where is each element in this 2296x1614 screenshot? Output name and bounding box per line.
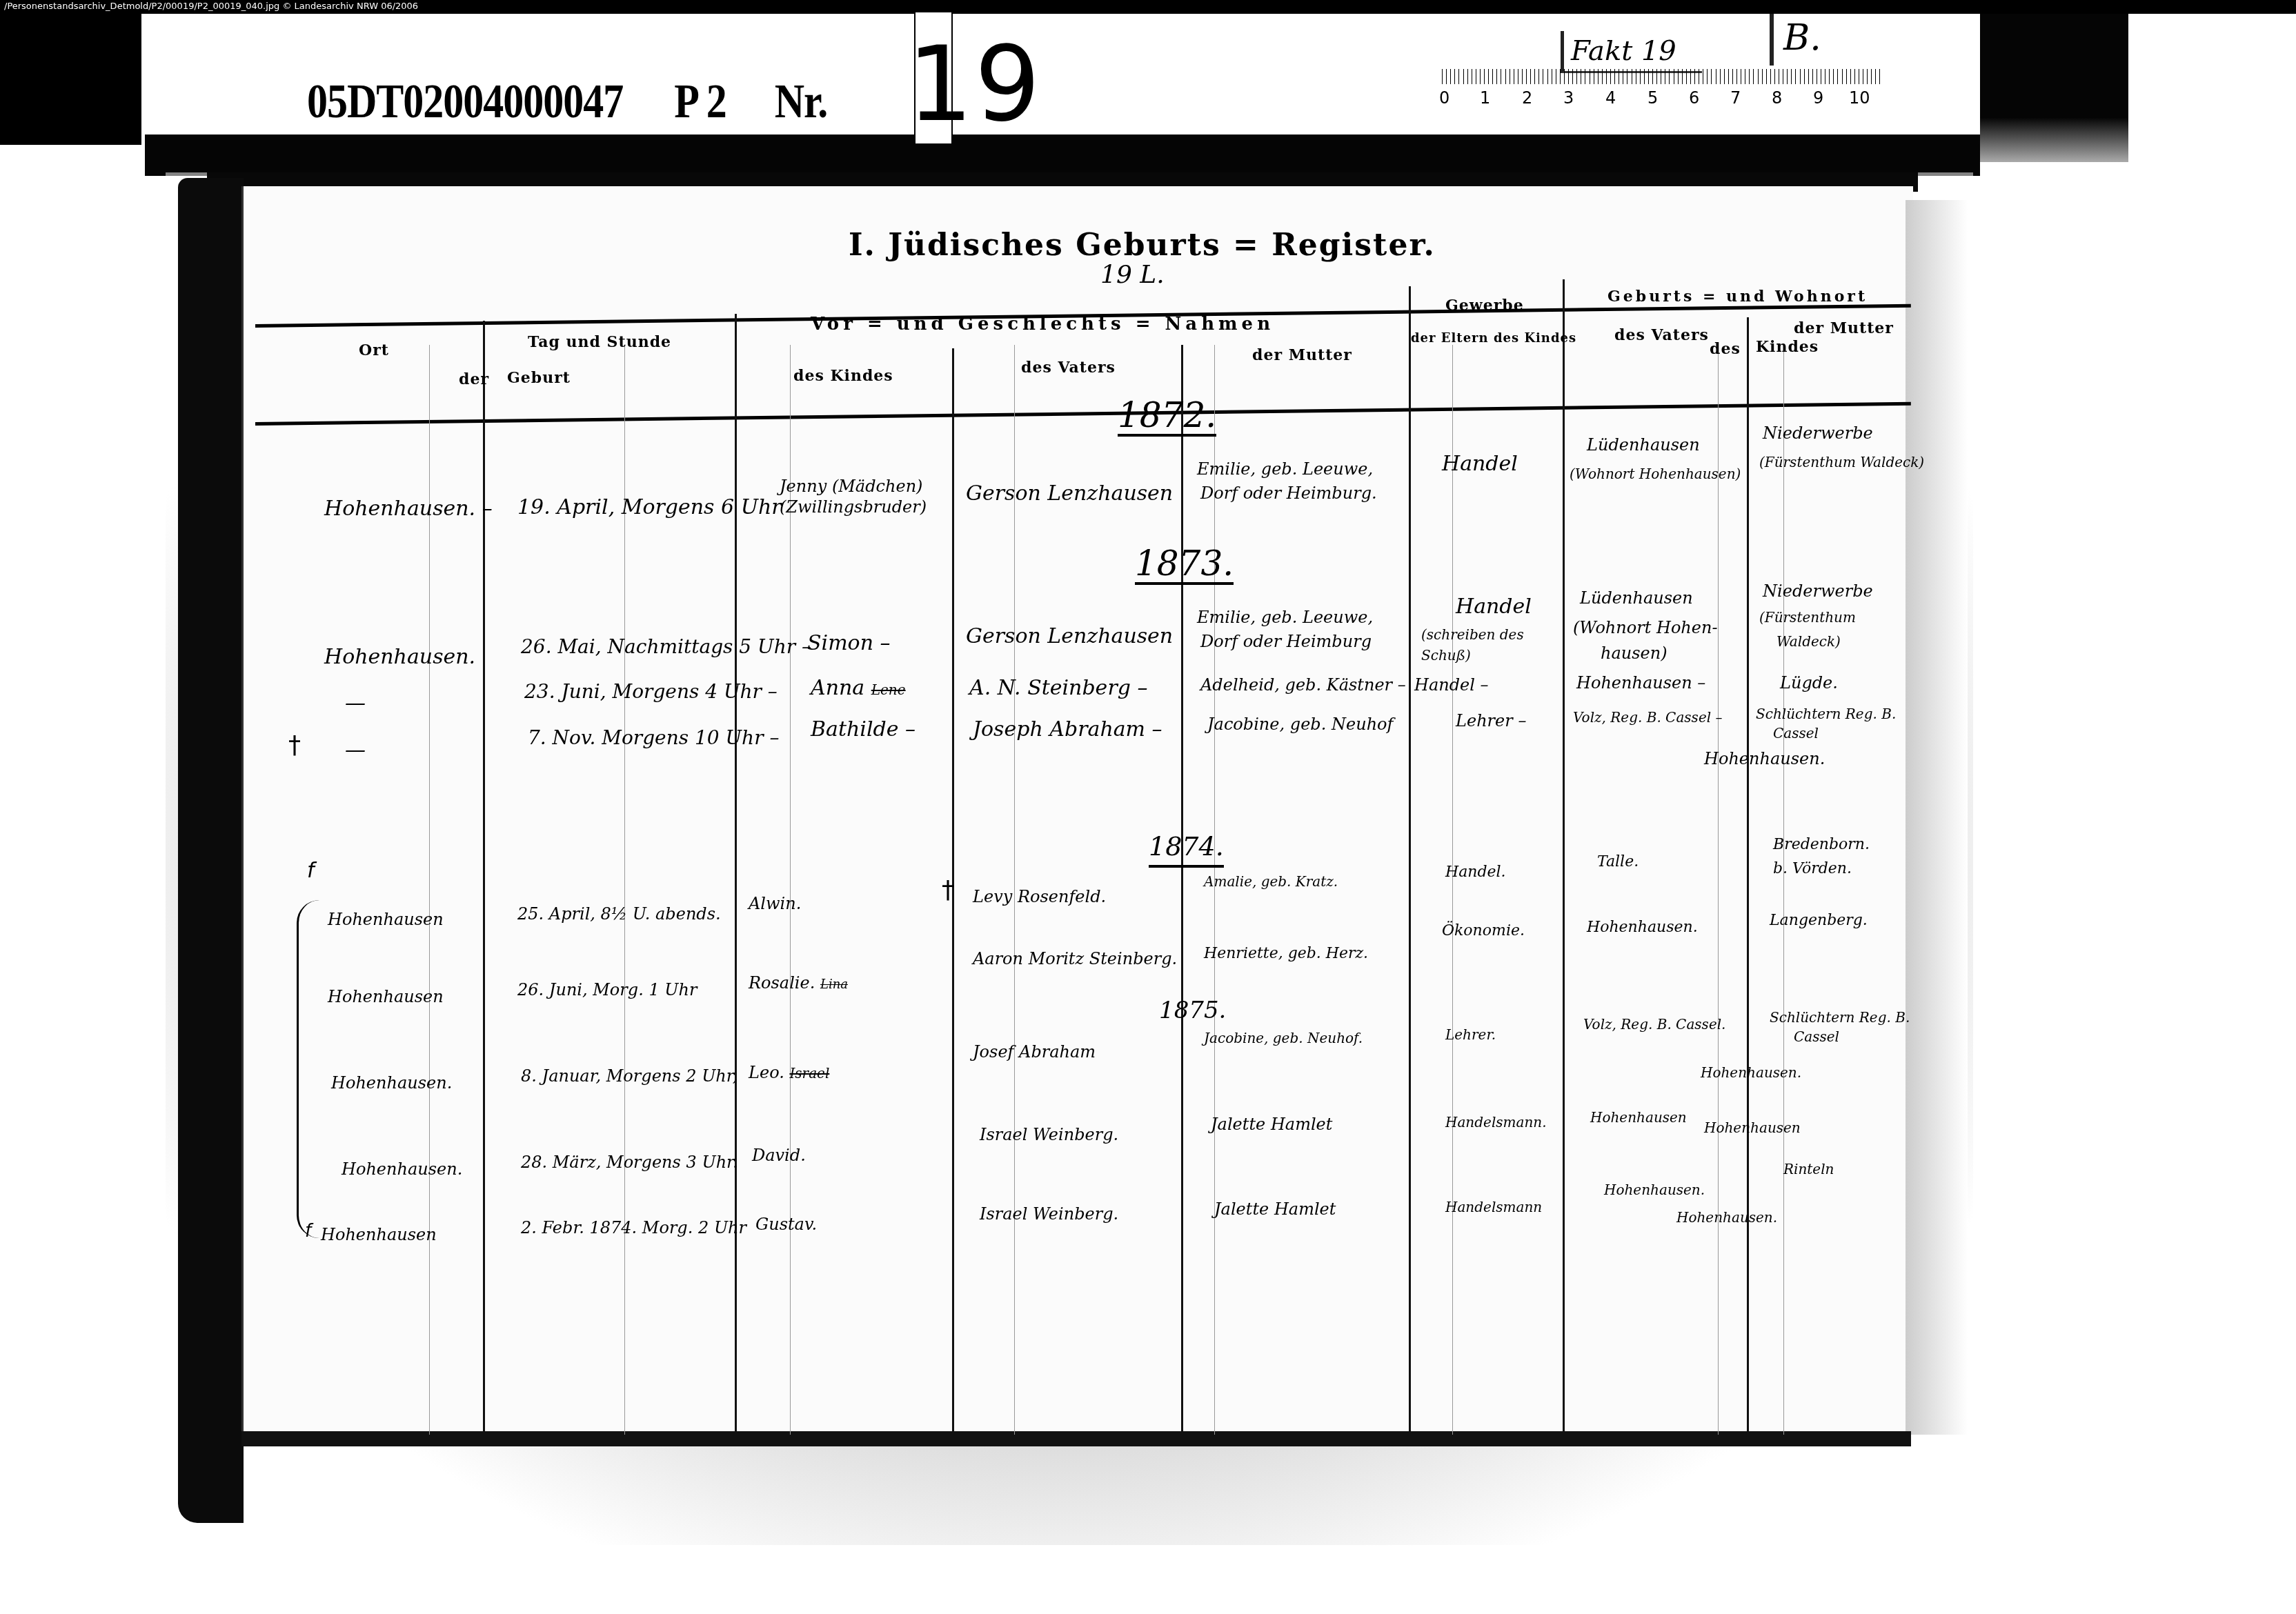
cell-ort: — bbox=[345, 738, 366, 763]
cell-gewerbe-note: (schreiben des Schuß) bbox=[1421, 624, 1545, 666]
entries-bracket bbox=[297, 900, 319, 1238]
cell-ort-mutter-line2: (Fürstenthum bbox=[1759, 607, 1856, 628]
year-1875: 1875. bbox=[1159, 992, 1226, 1029]
header-names-group: Vor = und Geschlechts = Nahmen bbox=[811, 314, 1274, 335]
cell-ort-vater-line1: Hohenhausen – bbox=[1576, 672, 1705, 693]
struck-name: Lina bbox=[820, 977, 848, 992]
cell-datum: 26. Juni, Morg. 1 Uhr bbox=[517, 979, 697, 1000]
cell-kind: Simon – bbox=[807, 631, 891, 656]
struck-name: Israel bbox=[789, 1065, 829, 1082]
cell-ort-mutter-line2: Rinteln bbox=[1783, 1159, 1834, 1179]
header-ort-der: der bbox=[459, 370, 489, 388]
column-divider bbox=[1563, 279, 1565, 1435]
cell-vater: Gerson Lenzhausen bbox=[966, 481, 1173, 506]
page-bottom-edge bbox=[241, 1431, 1911, 1446]
cell-datum: 19. April, Morgens 6 Uhr bbox=[517, 495, 782, 520]
cell-kind: Gustav. bbox=[755, 1214, 817, 1235]
cell-mutter-line1: Jacobine, geb. Neuhof bbox=[1207, 714, 1393, 735]
header-wohnort-des: des bbox=[1710, 340, 1741, 358]
ruling-line bbox=[1718, 345, 1719, 1435]
cell-ort-vater-line2: (Wohnort Hohenhausen) bbox=[1570, 464, 1741, 484]
cell-mutter-line1: Henriette, geb. Herz. bbox=[1204, 944, 1368, 964]
cell-ort-vater-line1: Talle. bbox=[1597, 852, 1639, 873]
cell-datum: 8. Januar, Morgens 2 Uhr, bbox=[521, 1066, 738, 1086]
dark-background-right bbox=[1980, 14, 2128, 162]
cell-ort-vater-line1: Hohenhausen bbox=[1590, 1107, 1687, 1128]
cell-gewerbe: Handel bbox=[1442, 452, 1518, 477]
cell-kind: Jenny (Mädchen) (Zwillingsbruder) bbox=[780, 476, 938, 517]
label-shadow-band bbox=[145, 134, 1980, 176]
struck-name: Lene bbox=[871, 681, 906, 698]
cell-ort-shared: Hohenhausen. bbox=[1701, 1062, 1801, 1083]
image-caption: /Personenstandsarchiv_Detmold/P2/00019/P… bbox=[0, 0, 2296, 14]
header-geburt: Geburt bbox=[507, 369, 571, 387]
cell-kind: Anna Lene bbox=[811, 676, 906, 702]
cell-vater: Israel Weinberg. bbox=[980, 1204, 1118, 1224]
ruler-number: 1 bbox=[1480, 88, 1490, 108]
title-annotation: 19 L. bbox=[1100, 261, 1165, 289]
cell-ort-mutter-line1: Bredenborn. bbox=[1773, 835, 1870, 855]
header-wohnort-group: Geburts = und Wohnort bbox=[1607, 288, 1868, 306]
cell-ort-mutter-line1: Langenberg. bbox=[1770, 910, 1868, 931]
cross-mark-icon: † bbox=[942, 876, 954, 904]
series-label: P 2 bbox=[674, 75, 726, 128]
cell-ort-vater-line1: Lüdenhausen bbox=[1580, 588, 1693, 608]
ruler-number: 6 bbox=[1689, 88, 1699, 108]
cell-vater: Levy Rosenfeld. bbox=[973, 886, 1106, 907]
child-name: Rosalie. bbox=[749, 973, 815, 993]
cell-mutter-line1: Jalette Hamlet bbox=[1211, 1114, 1332, 1135]
cell-kind: Alwin. bbox=[749, 893, 801, 914]
ruler-number: 3 bbox=[1563, 88, 1574, 108]
cell-ort-vater-line1: Hohenhausen. bbox=[1604, 1179, 1705, 1200]
cell-mutter-line1: Emilie, geb. Leeuwe, bbox=[1197, 607, 1373, 628]
cell-mutter-line2: Dorf oder Heimburg. bbox=[1200, 483, 1377, 504]
cell-ort-vater-line1: Hohenhausen. bbox=[1587, 917, 1698, 938]
column-divider bbox=[1747, 317, 1749, 1435]
ruler-number: 9 bbox=[1813, 88, 1823, 108]
cell-ort-mutter-line2: (Fürstenthum Waldeck) bbox=[1759, 452, 1924, 472]
cell-ort-mutter-line1: Hohenhausen bbox=[1704, 1117, 1801, 1138]
header-kindes: des Kindes bbox=[793, 367, 893, 385]
cell-vater: Joseph Abraham – bbox=[973, 717, 1162, 742]
cell-datum: 23. Juni, Morgens 4 Uhr – bbox=[524, 679, 778, 704]
cell-mutter-line1: Jalette Hamlet bbox=[1214, 1199, 1336, 1219]
ruler-ticks bbox=[1442, 69, 1883, 84]
cell-gewerbe: Handelsmann bbox=[1445, 1197, 1542, 1217]
cell-vater: A. N. Steinberg – bbox=[969, 676, 1147, 701]
cell-mutter-line2: Dorf oder Heimburg bbox=[1200, 631, 1372, 652]
cell-ort-mutter-line1: Lügde. bbox=[1780, 672, 1838, 693]
ruler-number: 10 bbox=[1849, 88, 1870, 108]
cell-ort-mutter-line1: Hohenhausen. bbox=[1676, 1207, 1777, 1228]
archive-id: 05DT02004000047 bbox=[307, 75, 623, 128]
cell-ort-mutter-line2: b. Vörden. bbox=[1773, 859, 1852, 879]
cell-ort-mutter-line1: Niederwerbe bbox=[1763, 581, 1873, 601]
cell-ort: — bbox=[345, 691, 366, 716]
cross-mark-icon: † bbox=[288, 731, 301, 759]
year-1872: 1872. bbox=[1118, 397, 1216, 437]
ruler-number: 2 bbox=[1522, 88, 1532, 108]
cell-ort: Hohenhausen. bbox=[331, 1073, 452, 1093]
cell-ort-mutter-line1: Niederwerbe bbox=[1763, 423, 1873, 444]
cell-ort-vater-line1: Volz, Reg. B. Cassel. bbox=[1583, 1014, 1725, 1035]
cell-ort-mutter-line2: Cassel bbox=[1794, 1026, 1839, 1047]
cell-ort: Hohenhausen. bbox=[324, 645, 475, 670]
header-vaters: des Vaters bbox=[1021, 359, 1116, 377]
book-binding bbox=[178, 178, 244, 1523]
ruler-number: 5 bbox=[1647, 88, 1658, 108]
scale-ruler: 0 1 2 3 4 5 6 7 8 9 10 bbox=[1442, 69, 1911, 138]
cell-ort: Hohenhausen. bbox=[342, 1159, 462, 1179]
cell-datum: 26. Mai, Nachmittags 5 Uhr – bbox=[521, 635, 811, 659]
cell-gewerbe: Handel. bbox=[1445, 862, 1506, 883]
cell-kind: Bathilde – bbox=[811, 717, 916, 742]
b-tag: B. bbox=[1770, 14, 1859, 66]
cell-mutter-line1: Amalie, geb. Kratz. bbox=[1204, 871, 1338, 892]
cell-kind: Leo. Israel bbox=[749, 1062, 829, 1084]
ruler-number: 7 bbox=[1730, 88, 1741, 108]
header-gewerbe: Gewerbe bbox=[1445, 297, 1524, 315]
cell-gewerbe: Handel bbox=[1456, 595, 1532, 619]
column-divider bbox=[1181, 345, 1183, 1435]
header-wohnort-vaters: des Vaters bbox=[1614, 326, 1709, 344]
child-name: Anna bbox=[811, 676, 864, 700]
cell-datum: 2. Febr. 1874. Morg. 2 Uhr bbox=[521, 1217, 746, 1238]
cell-gewerbe: Lehrer – bbox=[1456, 710, 1526, 731]
cell-gewerbe: Handel – bbox=[1414, 675, 1489, 695]
cell-ort-vater-line1: Volz, Reg. B. Cassel – bbox=[1573, 707, 1722, 728]
cell-ort: Hohenhausen bbox=[328, 986, 444, 1007]
cell-ort: Hohenhausen bbox=[328, 909, 444, 930]
ruler-number: 0 bbox=[1439, 88, 1449, 108]
register-title: I. Jüdisches Geburts = Register. bbox=[849, 228, 1436, 263]
fakt-tag: Fakt 19 bbox=[1561, 31, 1702, 73]
column-divider bbox=[735, 314, 737, 1435]
dark-background-left bbox=[0, 14, 141, 145]
header-ort: Ort bbox=[359, 341, 389, 359]
cell-datum: 7. Nov. Morgens 10 Uhr – bbox=[528, 726, 779, 750]
cell-gewerbe: Handelsmann. bbox=[1445, 1112, 1547, 1133]
cell-vater: Josef Abraham bbox=[973, 1042, 1096, 1062]
archive-id-label: 05DT02004000047 P 2 Nr. bbox=[307, 74, 827, 129]
year-1873: 1873. bbox=[1135, 545, 1234, 585]
cell-gewerbe: Ökonomie. bbox=[1442, 921, 1525, 941]
cell-vater: Aaron Moritz Steinberg. bbox=[973, 948, 1177, 969]
year-1874: 1874. bbox=[1149, 828, 1224, 868]
ruling-line bbox=[1783, 345, 1784, 1435]
header-mutter: der Mutter bbox=[1252, 346, 1352, 364]
cell-ort: Hohenhausen. – bbox=[324, 497, 493, 521]
ruler-number: 8 bbox=[1772, 88, 1782, 108]
header-tag-stunde: Tag und Stunde bbox=[528, 333, 671, 351]
cell-ort-mutter-line1: Schlüchtern Reg. B. bbox=[1770, 1007, 1910, 1028]
header-gewerbe-eltern: der Eltern des Kindes bbox=[1411, 331, 1576, 346]
cell-ort-vater-line1: Lüdenhausen bbox=[1587, 435, 1700, 455]
cell-mutter-line1: Jacobine, geb. Neuhof. bbox=[1204, 1028, 1363, 1048]
cell-kind: Rosalie. Lina bbox=[749, 973, 848, 995]
cell-ort-mutter-line3: Waldeck) bbox=[1777, 631, 1841, 652]
f-mark-icon: f bbox=[307, 859, 315, 883]
cell-gewerbe: Lehrer. bbox=[1445, 1024, 1496, 1045]
cell-ort-shared: Hohenhausen. bbox=[1704, 748, 1825, 769]
cell-ort-mutter-line1: Schlüchtern Reg. B. bbox=[1756, 704, 1896, 724]
cell-ort-vater-line2: (Wohnort Hohen- bbox=[1573, 617, 1718, 638]
cell-mutter-line1: Emilie, geb. Leeuwe, bbox=[1197, 459, 1373, 479]
cell-mutter-line1: Adelheid, geb. Kästner – bbox=[1200, 675, 1406, 695]
ruler-number: 4 bbox=[1605, 88, 1616, 108]
cell-ort-mutter-line2: Cassel bbox=[1773, 723, 1819, 744]
cell-vater: Gerson Lenzhausen bbox=[966, 624, 1173, 649]
header-wohnort-mutter: der Mutter bbox=[1794, 319, 1894, 337]
column-divider bbox=[1409, 286, 1411, 1435]
header-wohnort-kindes: Kindes bbox=[1756, 338, 1819, 356]
nr-value: 19 bbox=[907, 33, 1042, 137]
ruling-line bbox=[1452, 345, 1453, 1435]
cell-ort-vater-line3: hausen) bbox=[1601, 643, 1667, 664]
cell-datum: 25. April, 8½ U. abends. bbox=[517, 904, 721, 924]
cell-vater: Israel Weinberg. bbox=[980, 1124, 1118, 1145]
page-right-shade bbox=[1906, 200, 1968, 1435]
cell-datum: 28. März, Morgens 3 Uhr. bbox=[521, 1152, 738, 1173]
child-name: Leo. bbox=[749, 1063, 784, 1082]
cell-kind: David. bbox=[752, 1145, 806, 1166]
nr-label: Nr. bbox=[775, 75, 827, 128]
cell-ort: Hohenhausen bbox=[321, 1224, 437, 1245]
column-divider bbox=[483, 321, 485, 1435]
